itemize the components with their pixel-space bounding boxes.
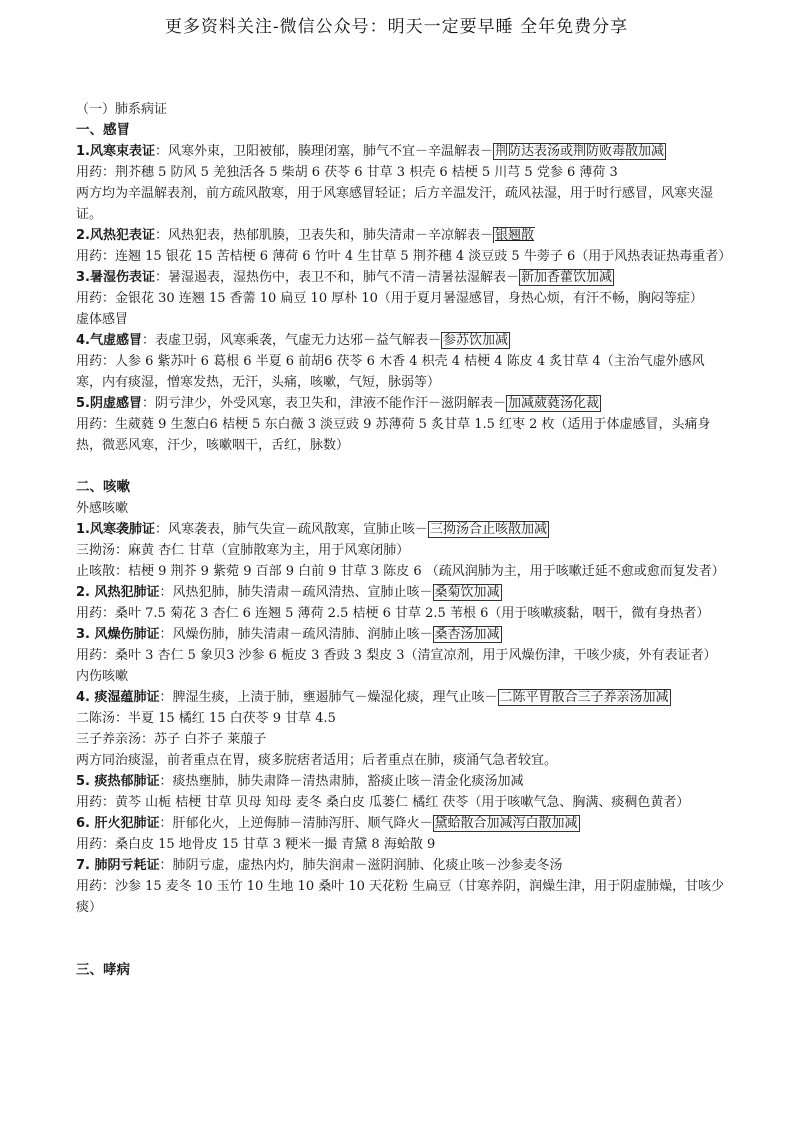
syndrome-4: 4.气虚感冒：表虚卫弱，风寒乘袭，气虚无力达邪－益气解表－参苏饮加减 xyxy=(76,330,726,351)
syndrome-k5: 5. 痰热郁肺证：痰热壅肺，肺失肃降－清热肃肺，豁痰止咳－清金化痰汤加减 xyxy=(76,771,726,792)
syndrome-title: 2.风热犯表证 xyxy=(76,228,155,243)
syndrome-desc: ：风燥伤肺，肺失清肃－疏风清肺、润肺止咳－ xyxy=(160,627,433,642)
prescription-line: 用药：黄芩 山栀 桔梗 甘草 贝母 知母 麦冬 桑白皮 瓜蒌仁 橘红 茯苓（用于… xyxy=(76,792,726,813)
prescription-line: 止咳散：桔梗 9 荆芥 9 紫菀 9 百部 9 白前 9 甘草 3 陈皮 6 （… xyxy=(76,561,726,582)
syndrome-k1: 1.风寒袭肺证：风寒袭表，肺气失宣－疏风散寒，宣肺止咳－三拗汤合止咳散加减 xyxy=(76,519,726,540)
syndrome-desc: ：风热犯肺，肺失清肃－疏风清热、宣肺止咳－ xyxy=(160,585,433,600)
subheading-waigan: 外感咳嗽 xyxy=(76,498,726,519)
formula-box: 二陈平胃散合三子养亲汤加减 xyxy=(498,689,671,706)
formula-box: 桑菊饮加减 xyxy=(433,584,502,601)
formula-box: 参苏饮加减 xyxy=(441,332,510,349)
syndrome-k3: 3. 风燥伤肺证：风燥伤肺，肺失清肃－疏风清肺、润肺止咳－桑杏汤加减 xyxy=(76,624,726,645)
formula-box: 银翘散 xyxy=(493,227,535,243)
prescription-line: 用药：荆芥穗 5 防风 5 羌独活各 5 柴胡 6 茯苓 6 甘草 3 枳壳 6… xyxy=(76,162,726,183)
syndrome-title: 5.阴虚感冒 xyxy=(76,396,142,411)
prescription-line: 用药：连翘 15 银花 15 苦桔梗 6 薄荷 6 竹叶 4 生甘草 5 荆芥穗… xyxy=(76,246,726,267)
syndrome-title: 4.气虚感冒 xyxy=(76,333,142,348)
syndrome-k7: 7. 肺阴亏耗证：肺阴亏虚，虚热内灼，肺失润肃－滋阴润肺、化痰止咳－沙参麦冬汤 xyxy=(76,855,726,876)
syndrome-3: 3.暑湿伤表证：暑湿遏表，湿热伤中，表卫不和，肺气不清－清暑祛湿解表－新加香藿饮… xyxy=(76,267,726,288)
syndrome-desc: ：阴亏津少，外受风寒，表卫失和，津液不能作汗－滋阴解表－ xyxy=(142,396,506,411)
syndrome-title: 3.暑湿伤表证 xyxy=(76,270,155,285)
syndrome-title: 6. 肝火犯肺证 xyxy=(76,816,160,831)
syndrome-title: 4. 痰湿蕴肺证 xyxy=(76,690,160,705)
note-line: 两方均为辛温解表剂，前方疏风散寒，用于风寒感冒轻证；后方辛温发汗，疏风祛湿，用于… xyxy=(76,183,726,225)
syndrome-title: 3. 风燥伤肺证 xyxy=(76,627,160,642)
prescription-line: 用药：人参 6 紫苏叶 6 葛根 6 半夏 6 前胡6 茯苓 6 木香 4 枳壳… xyxy=(76,351,726,393)
heading-kesou: 二、咳嗽 xyxy=(76,477,726,498)
prescription-line: 三子养亲汤：苏子 白芥子 莱菔子 xyxy=(76,729,726,750)
prescription-line: 用药：桑白皮 15 地骨皮 15 甘草 3 粳米一撮 青黛 8 海蛤散 9 xyxy=(76,834,726,855)
syndrome-title: 5. 痰热郁肺证 xyxy=(76,774,160,789)
formula-box: 新加香藿饮加减 xyxy=(519,269,614,286)
syndrome-desc: ：脾湿生痰，上渍于肺，壅遏肺气－燥湿化痰，理气止咳－ xyxy=(160,690,498,705)
prescription-line: 用药：生葳蕤 9 生葱白6 桔梗 5 东白薇 3 淡豆豉 9 苏薄荷 5 炙甘草… xyxy=(76,414,726,456)
formula-box: 黛蛤散合加减泻白散加减 xyxy=(433,815,580,832)
note-line: 两方同治痰湿，前者重点在胃，痰多脘痞者适用；后者重点在肺，痰涌气急者较宜。 xyxy=(76,750,726,771)
syndrome-k4: 4. 痰湿蕴肺证：脾湿生痰，上渍于肺，壅遏肺气－燥湿化痰，理气止咳－二陈平胃散合… xyxy=(76,687,726,708)
heading-ganmao: 一、感冒 xyxy=(76,120,726,141)
syndrome-desc: ：痰热壅肺，肺失肃降－清热肃肺，豁痰止咳－清金化痰汤加减 xyxy=(160,774,524,789)
syndrome-1: 1.风寒束表证：风寒外束，卫阳被郁，腠理闭塞，肺气不宜－辛温解表－荆防达表汤或荆… xyxy=(76,141,726,162)
syndrome-title: 2. 风热犯肺证 xyxy=(76,585,160,600)
syndrome-title: 1.风寒束表证 xyxy=(76,144,155,159)
prescription-line: 二陈汤：半夏 15 橘红 15 白茯苓 9 甘草 4.5 xyxy=(76,708,726,729)
syndrome-desc: ：表虚卫弱，风寒乘袭，气虚无力达邪－益气解表－ xyxy=(142,333,441,348)
syndrome-k2: 2. 风热犯肺证：风热犯肺，肺失清肃－疏风清热、宣肺止咳－桑菊饮加减 xyxy=(76,582,726,603)
syndrome-k6: 6. 肝火犯肺证：肝郁化火，上逆侮肺－清肺泻肝、顺气降火－黛蛤散合加减泻白散加减 xyxy=(76,813,726,834)
syndrome-desc: ：肝郁化火，上逆侮肺－清肺泻肝、顺气降火－ xyxy=(160,816,433,831)
formula-box: 三拗汤合止咳散加减 xyxy=(428,521,549,538)
prescription-line: 用药：桑叶 3 杏仁 5 象贝3 沙参 6 栀皮 3 香豉 3 梨皮 3（清宣凉… xyxy=(76,645,726,666)
prescription-line: 三拗汤：麻黄 杏仁 甘草（宣肺散寒为主，用于风寒闭肺） xyxy=(76,540,726,561)
syndrome-desc: ：暑湿遏表，湿热伤中，表卫不和，肺气不清－清暑祛湿解表－ xyxy=(155,270,519,285)
syndrome-desc: ：风热犯表，热郁肌腠，卫表失和，肺失清肃－辛凉解表－ xyxy=(155,228,493,243)
document-body: （一）肺系病证 一、感冒 1.风寒束表证：风寒外束，卫阳被郁，腠理闭塞，肺气不宜… xyxy=(76,99,726,981)
syndrome-5: 5.阴虚感冒：阴亏津少，外受风寒，表卫失和，津液不能作汗－滋阴解表－加减葳蕤汤化… xyxy=(76,393,726,414)
syndrome-2: 2.风热犯表证：风热犯表，热郁肌腠，卫表失和，肺失清肃－辛凉解表－银翘散 xyxy=(76,225,726,246)
subheading-xuti: 虚体感冒 xyxy=(76,309,726,330)
prescription-line: 用药：桑叶 7.5 菊花 3 杏仁 6 连翘 5 薄荷 2.5 桔梗 6 甘草 … xyxy=(76,603,726,624)
syndrome-title: 1.风寒袭肺证 xyxy=(76,522,155,537)
heading-xiaobing: 三、哮病 xyxy=(76,960,726,981)
subheading-neishang: 内伤咳嗽 xyxy=(76,666,726,687)
section-title: （一）肺系病证 xyxy=(76,99,726,120)
formula-box: 荆防达表汤或荆防败毒散加减 xyxy=(493,143,666,160)
prescription-line: 用药：沙参 15 麦冬 10 玉竹 10 生地 10 桑叶 10 天花粉 生扁豆… xyxy=(76,876,726,918)
formula-box: 加减葳蕤汤化裁 xyxy=(506,395,601,412)
formula-box: 桑杏汤加减 xyxy=(433,626,502,643)
syndrome-desc: ：风寒外束，卫阳被郁，腠理闭塞，肺气不宜－辛温解表－ xyxy=(155,144,493,159)
prescription-line: 用药：金银花 30 连翘 15 香薷 10 扁豆 10 厚朴 10（用于夏月暑湿… xyxy=(76,288,726,309)
syndrome-desc: ：风寒袭表，肺气失宣－疏风散寒，宣肺止咳－ xyxy=(155,522,428,537)
syndrome-desc: ：肺阴亏虚，虚热内灼，肺失润肃－滋阴润肺、化痰止咳－沙参麦冬汤 xyxy=(160,858,563,873)
page-banner: 更多资料关注-微信公众号：明天一定要早睡 全年免费分享 xyxy=(0,12,793,37)
syndrome-title: 7. 肺阴亏耗证 xyxy=(76,858,160,873)
